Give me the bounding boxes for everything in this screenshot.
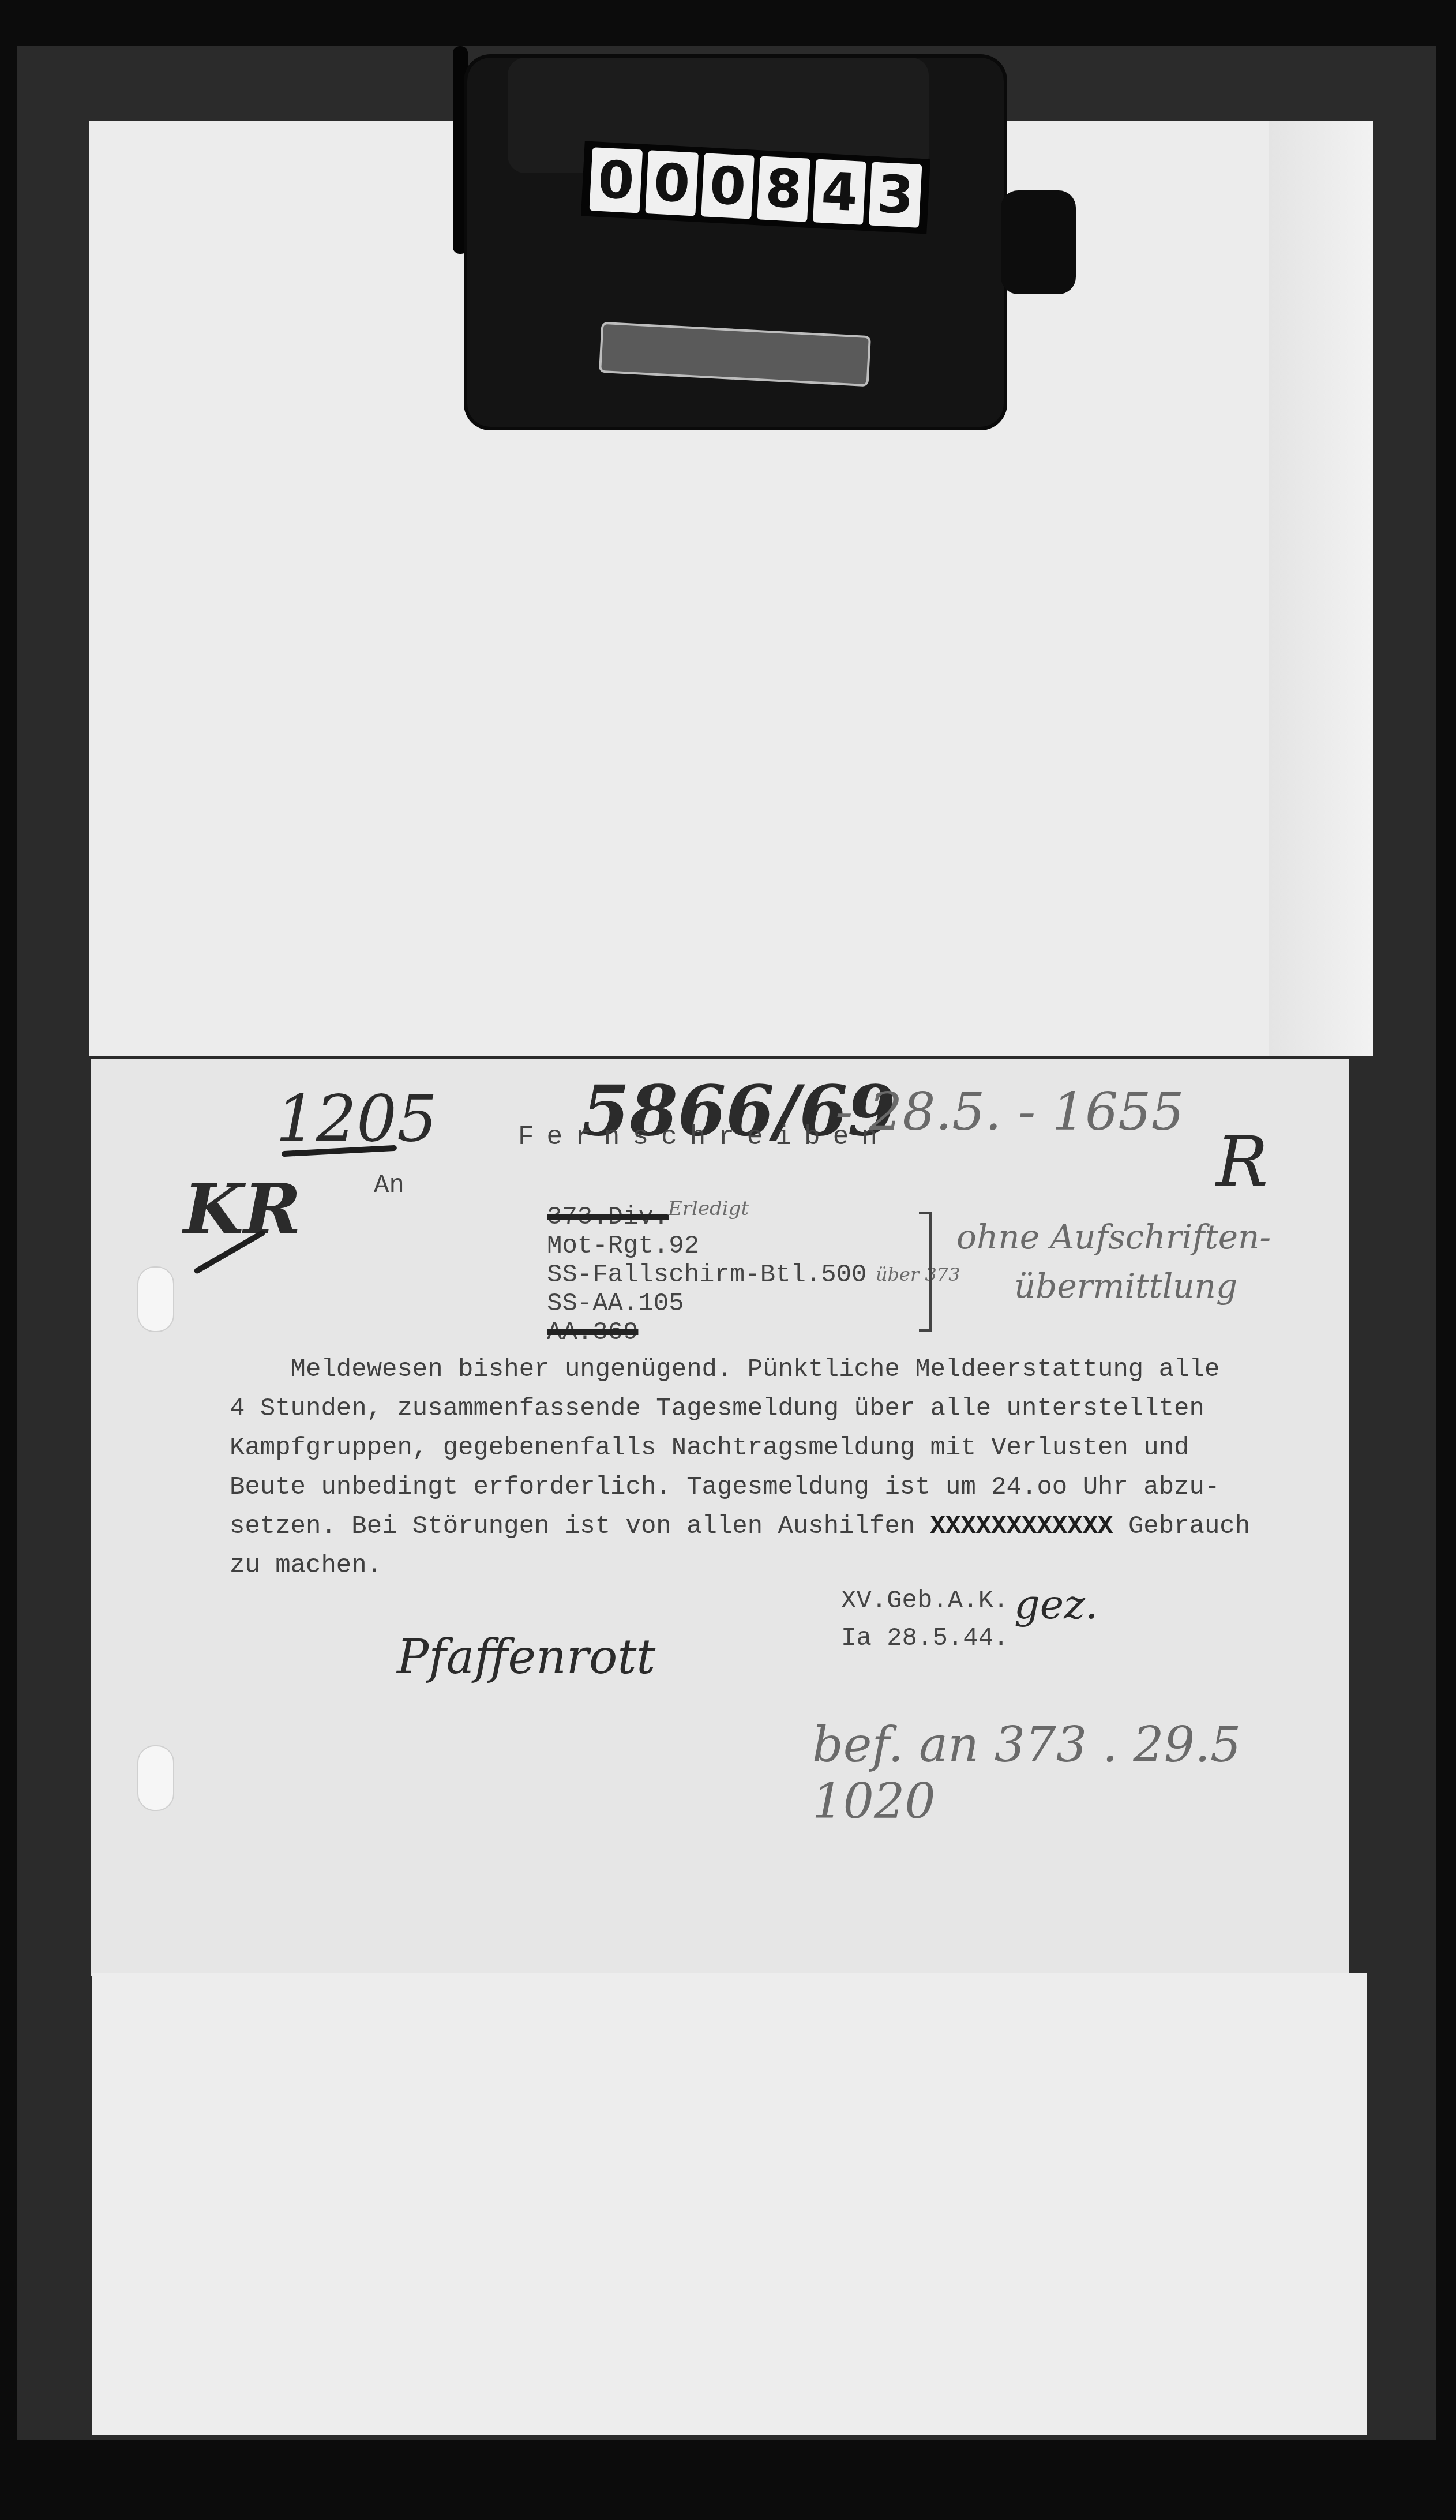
- counter-knob: [1001, 190, 1076, 294]
- frame-counter-device: 0 0 0 8 4 3: [467, 58, 1004, 427]
- document-title: Fernschreiben: [518, 1122, 890, 1152]
- blank-backing-sheet-lower: [92, 1973, 1367, 2435]
- sender-office-date: Ia 28.5.44.: [841, 1624, 1008, 1653]
- message-body: Meldewesen bisher ungenügend. Pünktliche…: [230, 1350, 1268, 1585]
- delivery-note: bef. an 373 . 29.5 1020: [812, 1716, 1349, 1829]
- body-line: 4 Stunden, zusammenfassende Tagesmeldung…: [230, 1389, 1268, 1428]
- counter-digit: 0: [590, 147, 643, 213]
- body-line: Kampfgruppen, gegebenenfalls Nachtragsme…: [230, 1428, 1268, 1468]
- counter-digit: 0: [645, 150, 699, 216]
- recipient-bracket: [919, 1212, 932, 1332]
- counter-digit: 3: [869, 162, 922, 227]
- signature: Pfaffenrott: [397, 1630, 655, 1685]
- file-number: 1205: [276, 1082, 437, 1156]
- struck-out-word: XXXXXXXXXXXX: [930, 1512, 1113, 1541]
- to-label: An: [374, 1171, 404, 1200]
- punch-hole: [137, 1745, 174, 1811]
- recipient-line: SS-Fallschirm-Btl.500: [547, 1261, 867, 1289]
- recipient-line: 373.Div.: [547, 1203, 669, 1232]
- body-line: setzen. Bei Störungen ist von allen Aush…: [230, 1507, 1268, 1546]
- counter-digit: 4: [813, 159, 866, 224]
- margin-mark: KR: [183, 1168, 301, 1250]
- recipient-note: über 373: [876, 1263, 960, 1285]
- recipient-line: Mot-Rgt.92: [547, 1232, 699, 1261]
- counter-digit: 8: [757, 156, 810, 222]
- sender-initial: gez.: [1014, 1581, 1098, 1628]
- telegram-document: 1205 5866/69 - 28.5. - 1655 R KR Fernsch…: [91, 1059, 1349, 1976]
- counter-nameplate: [599, 322, 871, 387]
- bracket-note: übermittlung: [1014, 1266, 1237, 1306]
- sender-unit: XV.Geb.A.K.: [841, 1587, 1008, 1615]
- body-line: Meldewesen bisher ungenügend. Pünktliche…: [230, 1350, 1268, 1389]
- recipient-line: AA.369: [547, 1318, 638, 1347]
- initial-mark: R: [1216, 1122, 1268, 1202]
- sheet-edge: [1269, 121, 1373, 1056]
- recipient-note: Erledigt: [668, 1197, 749, 1220]
- bracket-note: ohne Aufschriften-: [956, 1217, 1271, 1257]
- counter-digit: 0: [701, 153, 755, 219]
- counter-cable: [453, 46, 468, 254]
- recipient-line: SS-AA.105: [547, 1289, 684, 1318]
- body-line: zu machen.: [230, 1546, 1268, 1585]
- punch-hole: [137, 1266, 174, 1332]
- body-line: Beute unbedingt erforderlich. Tagesmeldu…: [230, 1468, 1268, 1507]
